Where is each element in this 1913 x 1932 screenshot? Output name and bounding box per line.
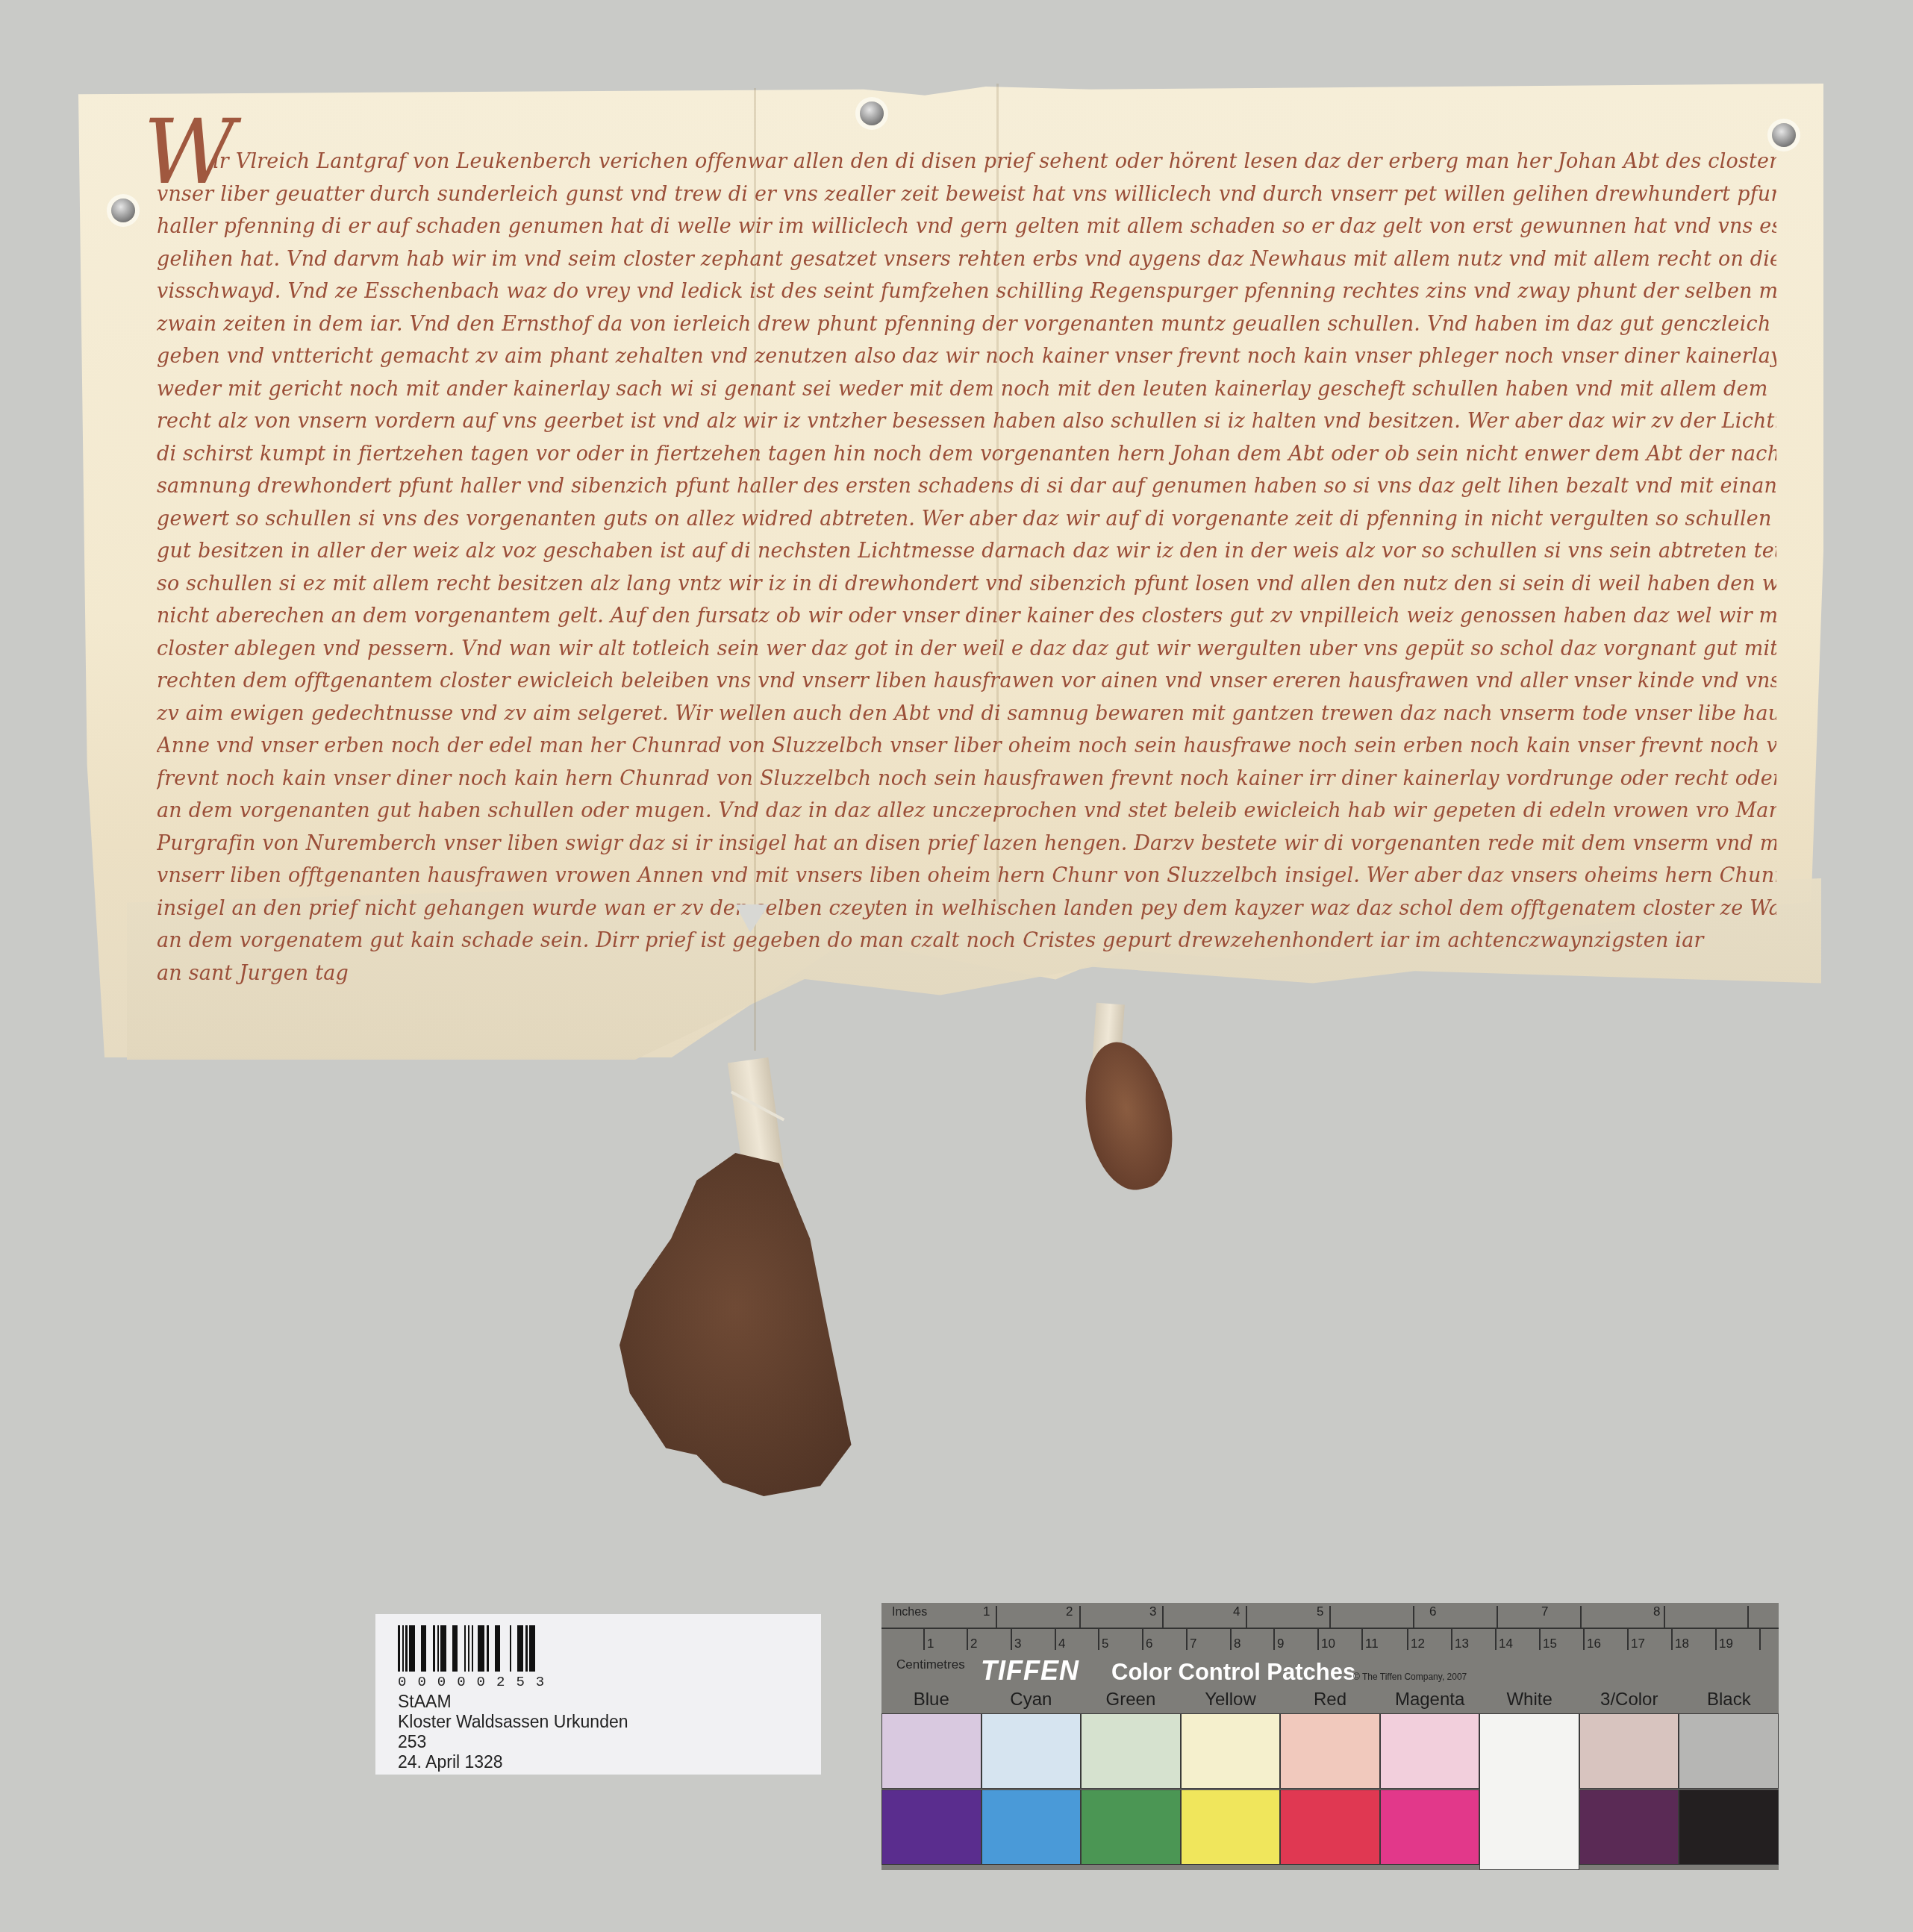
color-patches bbox=[881, 1713, 1779, 1870]
cm-tick-label: 7 bbox=[1190, 1636, 1196, 1651]
chart-title: Color Control Patches bbox=[1111, 1659, 1355, 1686]
inch-tick-label: 2 bbox=[1066, 1604, 1073, 1619]
item-number: 253 bbox=[398, 1732, 426, 1752]
patch-label: 3/Color bbox=[1579, 1689, 1679, 1715]
cm-tick-label: 4 bbox=[1058, 1636, 1065, 1651]
text-line: ir Vlreich Lantgraf von Leukenberch veri… bbox=[157, 146, 1776, 178]
patch-labels: Blue Cyan Green Yellow Red Magenta White… bbox=[881, 1689, 1779, 1715]
inches-label: Inches bbox=[892, 1606, 927, 1619]
patch-label: Magenta bbox=[1380, 1689, 1480, 1715]
light-patch bbox=[1679, 1713, 1779, 1789]
small-wax-seal bbox=[1072, 1034, 1183, 1197]
text-line: insigel an den prief nicht gehangen wurd… bbox=[157, 892, 1776, 925]
centimetres-label: Centimetres bbox=[896, 1657, 965, 1672]
decorated-initial: W bbox=[143, 108, 235, 198]
text-line: di schirst kumpt in fiertzehen tagen vor… bbox=[157, 438, 1776, 471]
patch-label: White bbox=[1479, 1689, 1579, 1715]
dark-patch bbox=[1280, 1789, 1380, 1865]
archive-name: StAAM bbox=[398, 1692, 452, 1712]
copyright-notice: © The Tiffen Company, 2007 bbox=[1353, 1672, 1467, 1682]
text-line: samnung drewhondert pfunt haller vnd sib… bbox=[157, 470, 1776, 503]
document-date: 24. April 1328 bbox=[398, 1752, 503, 1772]
cm-tick-label: 8 bbox=[1234, 1636, 1241, 1651]
barcode-number: 00000253 bbox=[398, 1674, 555, 1690]
text-line: recht alz von vnsern vordern auf vns gee… bbox=[157, 405, 1776, 438]
patch-column-green bbox=[1081, 1713, 1181, 1870]
patch-label: Red bbox=[1280, 1689, 1380, 1715]
patch-label: Blue bbox=[881, 1689, 982, 1715]
text-line: an dem vorgenanten gut haben schullen od… bbox=[157, 795, 1776, 828]
inch-tick-label: 8 bbox=[1653, 1604, 1660, 1619]
text-line: vnser liber geuatter durch sunderleich g… bbox=[157, 178, 1776, 211]
light-patch bbox=[1081, 1713, 1181, 1789]
patch-column-white bbox=[1479, 1713, 1579, 1870]
dark-patch bbox=[1679, 1789, 1779, 1865]
text-line: zv aim ewigen gedechtnusse vnd zv aim se… bbox=[157, 698, 1776, 731]
mounting-pin-icon bbox=[111, 198, 135, 222]
inch-tick-label: 7 bbox=[1541, 1604, 1548, 1619]
cm-tick-label: 6 bbox=[1146, 1636, 1152, 1651]
patch-column-cyan bbox=[982, 1713, 1082, 1870]
inch-tick-label: 4 bbox=[1233, 1604, 1240, 1619]
patch-column-yellow bbox=[1181, 1713, 1281, 1870]
text-line: frevnt noch kain vnser diner noch kain h… bbox=[157, 763, 1776, 795]
text-line: so schullen si ez mit allem recht besitz… bbox=[157, 568, 1776, 601]
text-line: gelihen hat. Vnd darvm hab wir im vnd se… bbox=[157, 243, 1776, 276]
text-line: visschwayd. Vnd ze Esschenbach waz do vr… bbox=[157, 275, 1776, 308]
cm-tick-label: 5 bbox=[1102, 1636, 1108, 1651]
large-wax-seal bbox=[620, 1153, 877, 1496]
cm-tick-label: 9 bbox=[1277, 1636, 1284, 1651]
text-line: weder mit gericht noch mit ander kainerl… bbox=[157, 373, 1776, 406]
light-patch bbox=[1479, 1713, 1579, 1870]
cm-tick-label: 2 bbox=[970, 1636, 977, 1651]
tiffen-color-chart: Inches 1 2 3 4 5 6 7 8 1 2 3 4 5 6 7 8 9… bbox=[881, 1603, 1779, 1870]
patch-label: Cyan bbox=[982, 1689, 1082, 1715]
text-line: vnserr liben offtgenanten hausfrawen vro… bbox=[157, 860, 1776, 892]
cm-tick-label: 17 bbox=[1631, 1636, 1645, 1651]
text-line: haller pfenning di er auf schaden genume… bbox=[157, 210, 1776, 243]
dark-patch bbox=[1579, 1789, 1679, 1865]
cm-tick-label: 15 bbox=[1543, 1636, 1557, 1651]
cm-tick-label: 12 bbox=[1411, 1636, 1425, 1651]
cm-tick-label: 1 bbox=[927, 1636, 934, 1651]
tiffen-logo: TIFFEN bbox=[981, 1655, 1079, 1686]
archive-label: 00000253 StAAM Kloster Waldsassen Urkund… bbox=[375, 1614, 821, 1775]
collection-name: Kloster Waldsassen Urkunden bbox=[398, 1712, 628, 1732]
text-line: rechten dem offtgenantem closter ewiclei… bbox=[157, 665, 1776, 698]
cm-tick-label: 18 bbox=[1675, 1636, 1689, 1651]
patch-column-black bbox=[1679, 1713, 1779, 1870]
dark-patch bbox=[982, 1789, 1082, 1865]
mounting-pin-icon bbox=[1772, 123, 1796, 147]
light-patch bbox=[881, 1713, 982, 1789]
text-line: gut besitzen in aller der weiz alz voz g… bbox=[157, 535, 1776, 568]
cm-tick-label: 14 bbox=[1499, 1636, 1513, 1651]
dark-patch bbox=[1081, 1789, 1181, 1865]
inch-ruler: Inches 1 2 3 4 5 6 7 8 bbox=[881, 1603, 1779, 1629]
barcode bbox=[398, 1625, 535, 1672]
patch-column-3-color bbox=[1579, 1713, 1679, 1870]
patch-label: Black bbox=[1679, 1689, 1779, 1715]
text-line: nicht aberechen an dem vorgenantem gelt.… bbox=[157, 600, 1776, 633]
light-patch bbox=[982, 1713, 1082, 1789]
dark-patch bbox=[881, 1789, 982, 1865]
inch-tick-label: 1 bbox=[983, 1604, 990, 1619]
cm-tick-label: 13 bbox=[1455, 1636, 1469, 1651]
inch-tick-label: 6 bbox=[1429, 1604, 1436, 1619]
patch-label: Yellow bbox=[1181, 1689, 1281, 1715]
cm-tick-label: 3 bbox=[1014, 1636, 1021, 1651]
cm-tick-label: 10 bbox=[1321, 1636, 1335, 1651]
text-line: Anne vnd vnser erben noch der edel man h… bbox=[157, 730, 1776, 763]
text-line: zwain zeiten in dem iar. Vnd den Ernstho… bbox=[157, 308, 1776, 341]
inch-tick-label: 5 bbox=[1317, 1604, 1323, 1619]
patch-column-red bbox=[1280, 1713, 1380, 1870]
cm-tick-label: 11 bbox=[1365, 1636, 1379, 1651]
light-patch bbox=[1579, 1713, 1679, 1789]
patch-label: Green bbox=[1081, 1689, 1181, 1715]
inch-tick-label: 3 bbox=[1149, 1604, 1156, 1619]
text-line: an dem vorgenatem gut kain schade sein. … bbox=[157, 925, 1776, 957]
charter-text: W ir Vlreich Lantgraf von Leukenberch ve… bbox=[157, 146, 1776, 990]
dark-patch bbox=[1181, 1789, 1281, 1865]
light-patch bbox=[1280, 1713, 1380, 1789]
light-patch bbox=[1380, 1713, 1480, 1789]
patch-column-blue bbox=[881, 1713, 982, 1870]
text-line: closter ablegen vnd pessern. Vnd wan wir… bbox=[157, 633, 1776, 666]
mounting-pin-icon bbox=[860, 101, 884, 125]
text-line: Purgrafin von Nuremberch vnser liben swi… bbox=[157, 828, 1776, 860]
text-line: an sant Jurgen tag bbox=[157, 957, 1776, 990]
text-line: gewert so schullen si vns des vorgenante… bbox=[157, 503, 1776, 536]
dark-patch bbox=[1380, 1789, 1480, 1865]
cm-tick-label: 19 bbox=[1719, 1636, 1733, 1651]
patch-column-magenta bbox=[1380, 1713, 1480, 1870]
light-patch bbox=[1181, 1713, 1281, 1789]
cm-tick-label: 16 bbox=[1587, 1636, 1601, 1651]
text-line: geben vnd vnttericht gemacht zv aim phan… bbox=[157, 340, 1776, 373]
